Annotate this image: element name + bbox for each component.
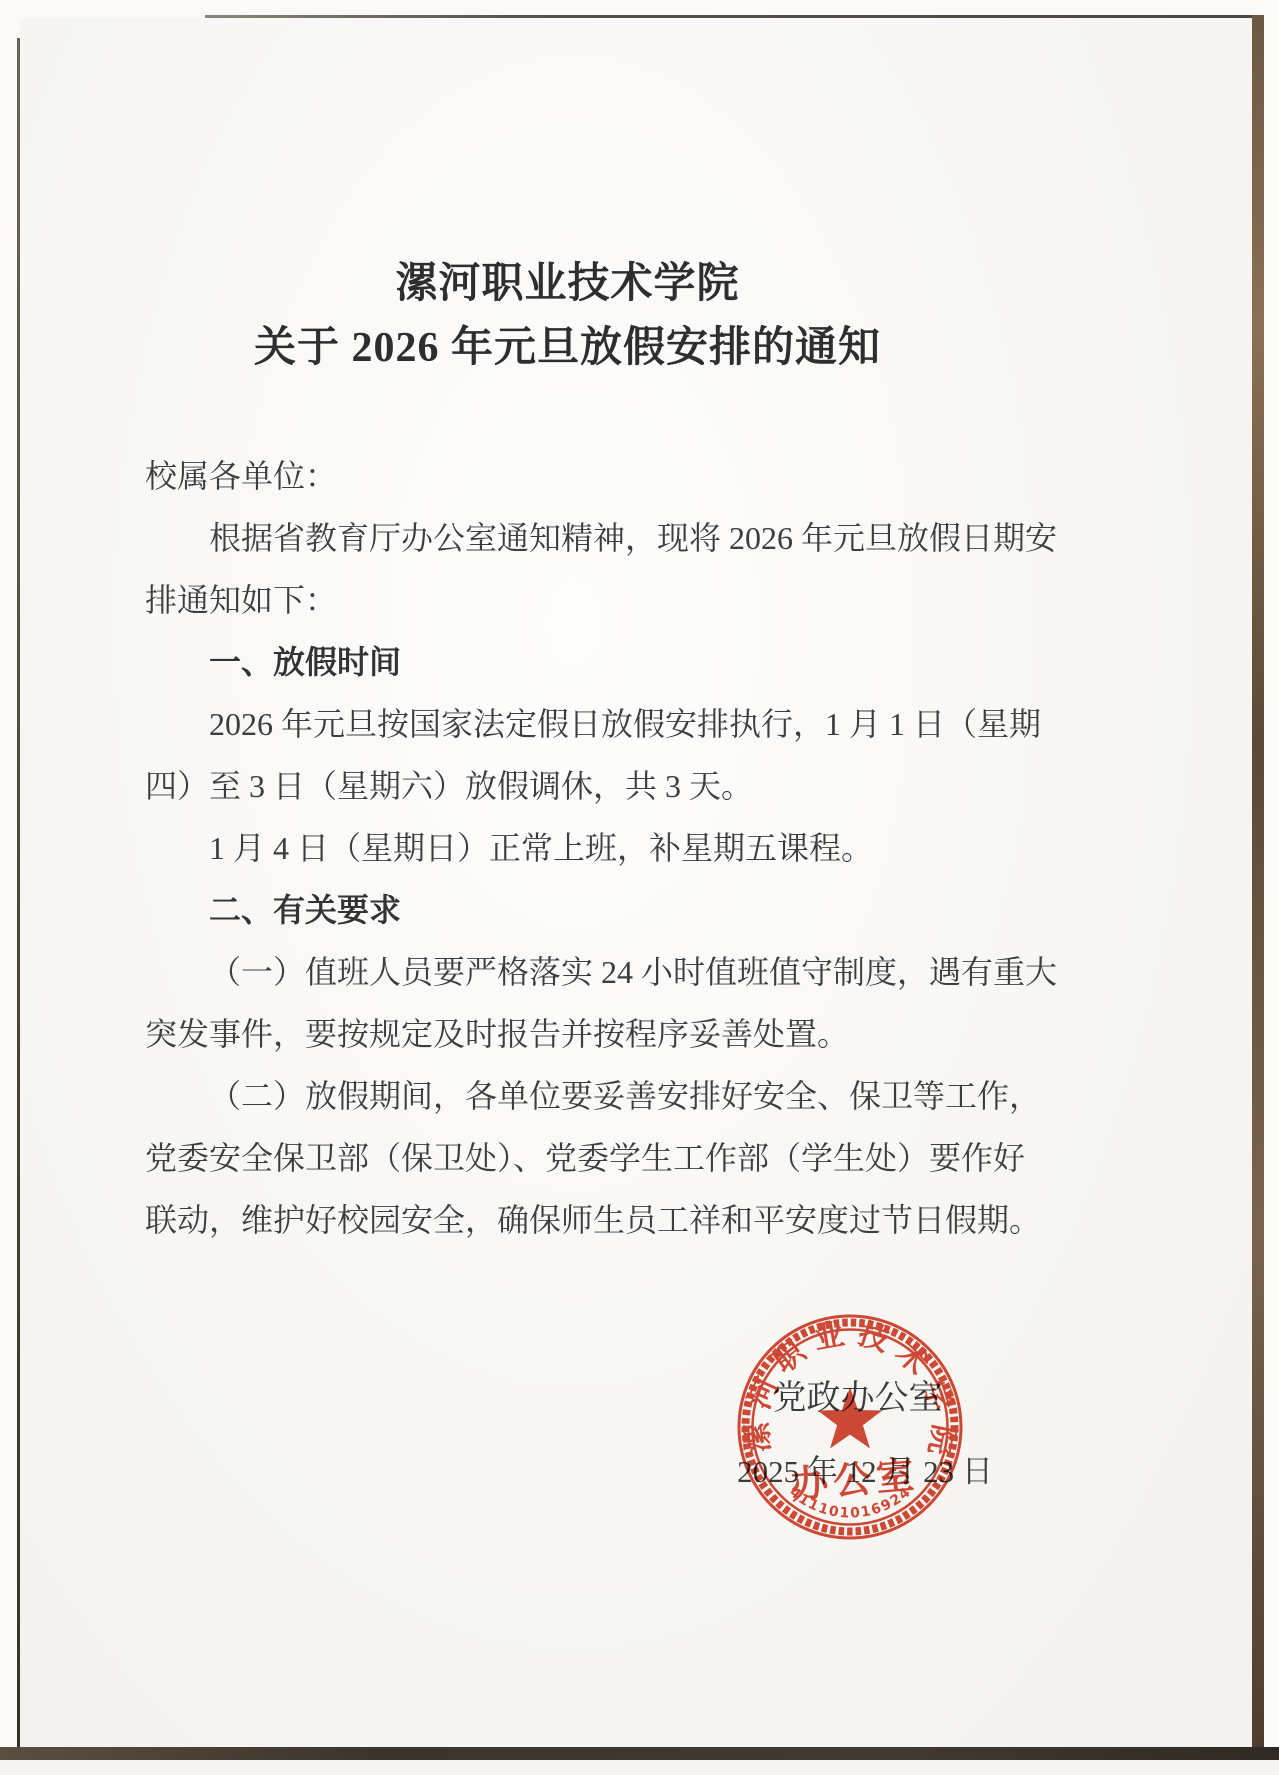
body-line: （一）值班人员要严格落实 24 小时值班值守制度，遇有重大 (145, 941, 1005, 1003)
paper-top-edge (205, 15, 1264, 18)
official-red-seal: 漯河职业技术学院 办公室 4111010169241 (715, 1292, 985, 1562)
body-line: 1 月 4 日（星期日）正常上班，补星期五课程。 (145, 817, 1005, 879)
body-line: 校属各单位： (145, 445, 1005, 507)
table-wood-edge (1252, 15, 1264, 1749)
body-line: 四）至 3 日（星期六）放假调休，共 3 天。 (145, 755, 1005, 817)
title-line-1: 漯河职业技术学院 (145, 252, 990, 316)
body-line: 联动，维护好校园安全，确保师生员工祥和平安度过节日假期。 (145, 1189, 1005, 1251)
body-line: （二）放假期间，各单位要妥善安排好安全、保卫等工作， (145, 1065, 1005, 1127)
paper-bottom-edge (0, 1747, 1279, 1760)
body-line: 突发事件，要按规定及时报告并按程序妥善处置。 (145, 1003, 1005, 1065)
document-body: 校属各单位：根据省教育厅办公室通知精神，现将 2026 年元旦放假日期安排通知如… (145, 445, 1005, 1251)
paper-left-edge (17, 38, 20, 1750)
body-line: 排通知如下： (145, 569, 1005, 631)
seal-star-icon (818, 1387, 883, 1449)
section-heading: 一、放假时间 (145, 631, 1005, 693)
body-line: 2026 年元旦按国家法定假日放假安排执行，1 月 1 日（星期 (145, 693, 1005, 755)
title-line-2: 关于 2026 年元旦放假安排的通知 (145, 316, 990, 380)
body-line: 根据省教育厅办公室通知精神，现将 2026 年元旦放假日期安 (145, 507, 1005, 569)
body-line: 党委安全保卫部（保卫处）、党委学生工作部（学生处）要作好 (145, 1127, 1005, 1189)
photo-right-margin (1264, 0, 1279, 1775)
photo-bottom-margin (0, 1760, 1279, 1775)
section-heading: 二、有关要求 (145, 879, 1005, 941)
document-title: 漯河职业技术学院 关于 2026 年元旦放假安排的通知 (145, 252, 990, 380)
